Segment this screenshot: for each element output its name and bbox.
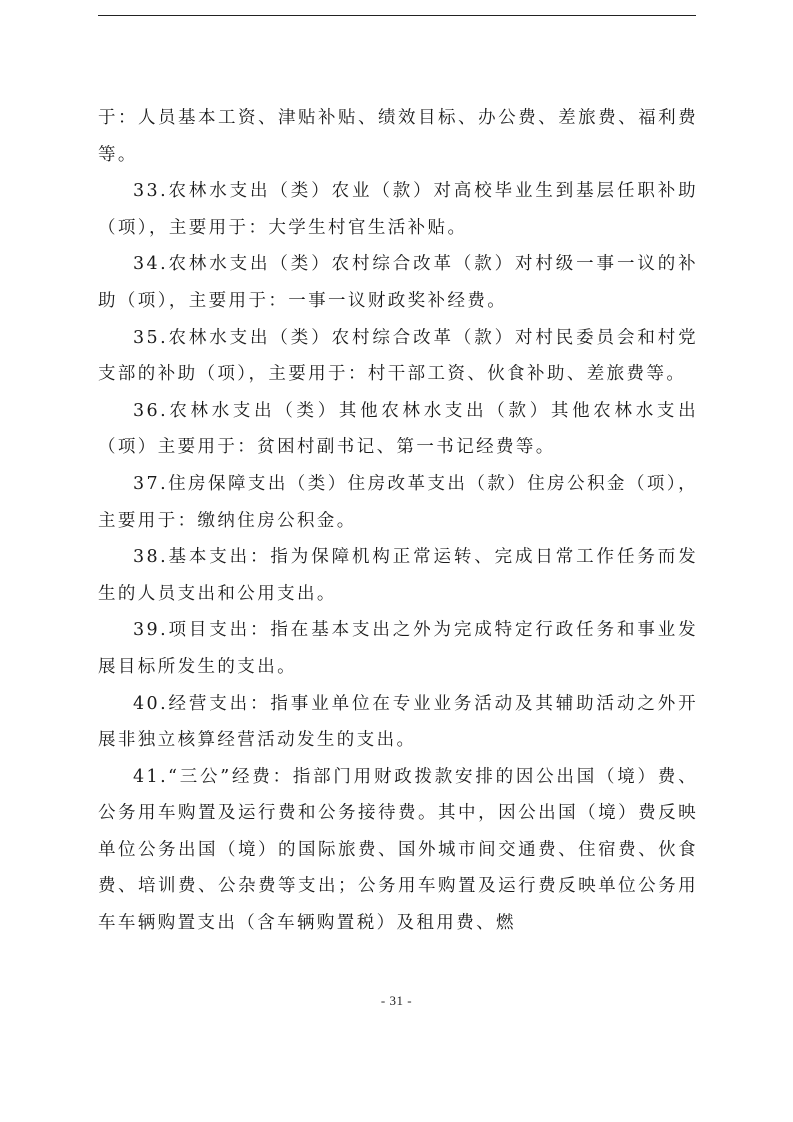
paragraph-item-38: 38.基本支出：指为保障机构正常运转、完成日常工作任务而发生的人员支出和公用支出… [98, 539, 698, 612]
paragraph-item-39: 39.项目支出：指在基本支出之外为完成特定行政任务和事业发展目标所发生的支出。 [98, 612, 698, 685]
paragraph-item-37: 37.住房保障支出（类）住房改革支出（款）住房公积金（项），主要用于：缴纳住房公… [98, 466, 698, 539]
page-number: - 31 - [0, 993, 793, 1009]
paragraph-continuation: 于：人员基本工资、津贴补贴、绩效目标、办公费、差旅费、福利费等。 [98, 100, 698, 173]
page-body: 于：人员基本工资、津贴补贴、绩效目标、办公费、差旅费、福利费等。 33.农林水支… [98, 100, 698, 942]
paragraph-item-33: 33.农林水支出（类）农业（款）对高校毕业生到基层任职补助（项），主要用于：大学… [98, 173, 698, 246]
header-rule [98, 15, 696, 16]
paragraph-item-41: 41.“三公”经费：指部门用财政拨款安排的因公出国（境）费、公务用车购置及运行费… [98, 759, 698, 942]
paragraph-item-36: 36.农林水支出（类）其他农林水支出（款）其他农林水支出（项）主要用于：贫困村副… [98, 393, 698, 466]
paragraph-item-40: 40.经营支出：指事业单位在专业业务活动及其辅助活动之外开展非独立核算经营活动发… [98, 686, 698, 759]
paragraph-item-35: 35.农林水支出（类）农村综合改革（款）对村民委员会和村党支部的补助（项），主要… [98, 320, 698, 393]
paragraph-item-34: 34.农林水支出（类）农村综合改革（款）对村级一事一议的补助（项），主要用于：一… [98, 246, 698, 319]
